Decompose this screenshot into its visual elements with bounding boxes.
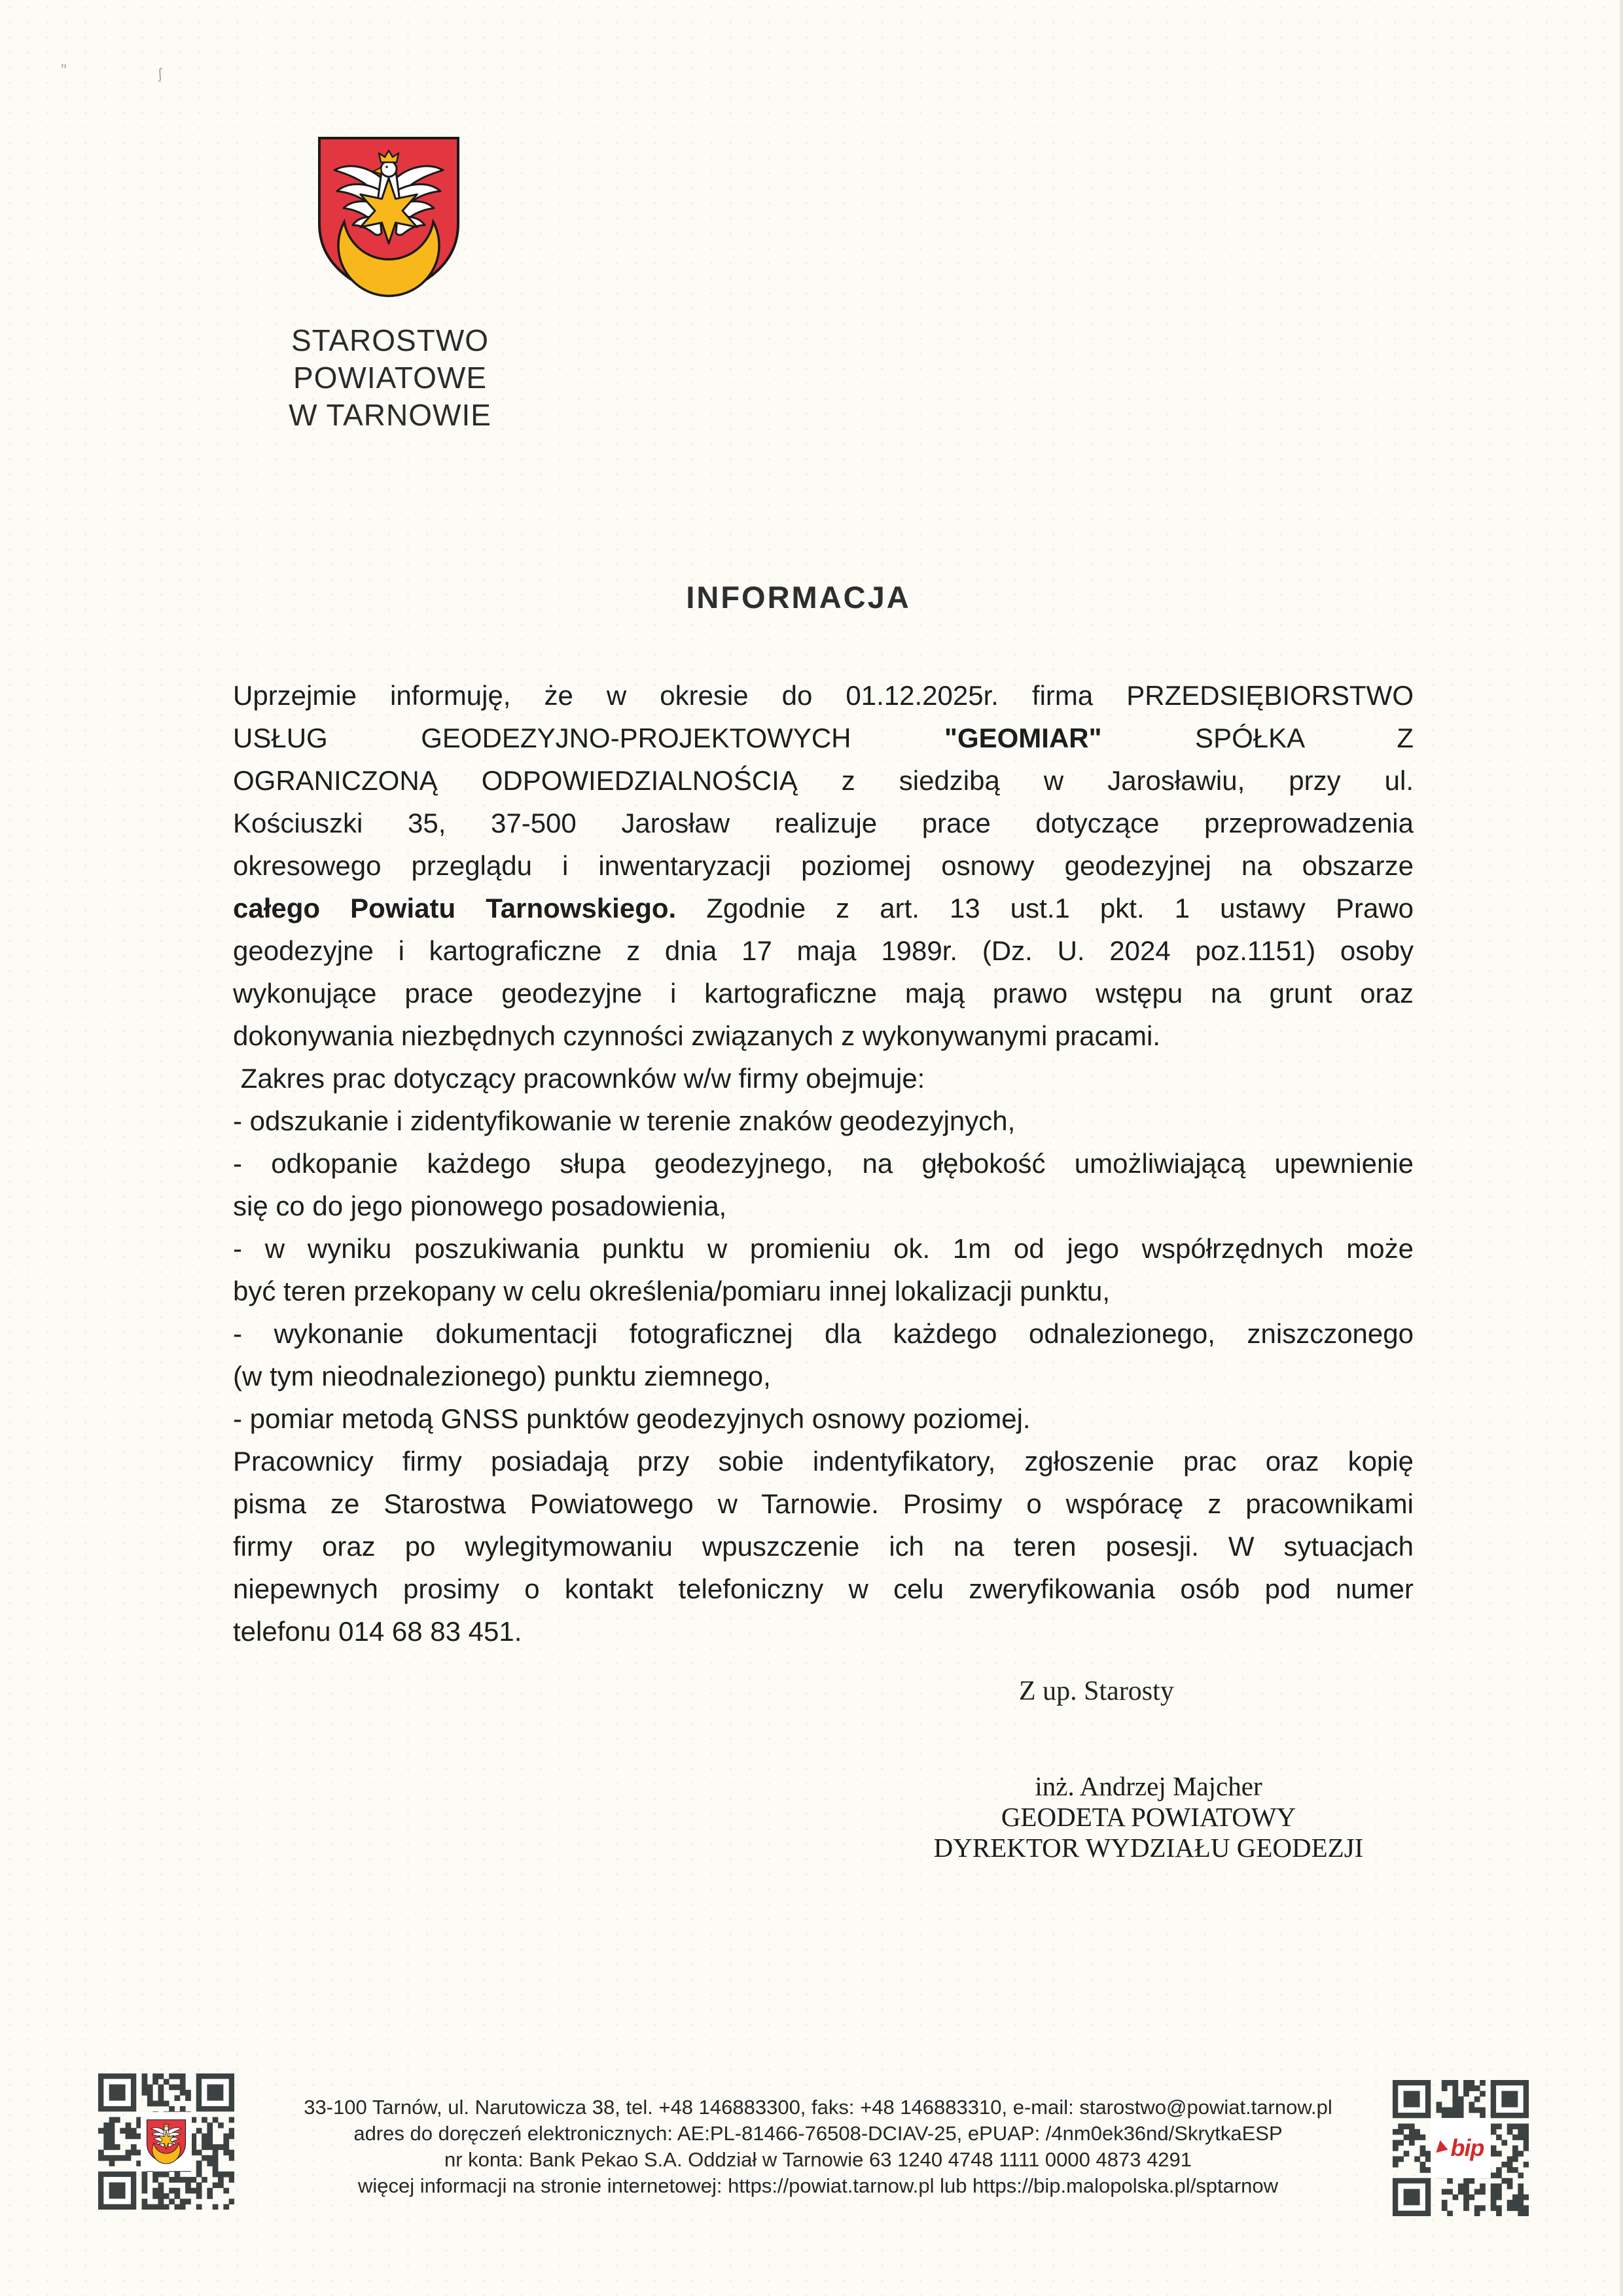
body-line: - w wyniku poszukiwania punktu w promien… <box>233 1227 1414 1270</box>
body-line: OGRANICZONĄ ODPOWIEDZIALNOŚCIĄ z siedzib… <box>233 759 1414 802</box>
body-line: okresowego przeglądu i inwentaryzacji po… <box>233 844 1414 887</box>
body-line: telefonu 014 68 83 451. <box>233 1610 1414 1653</box>
footer-line: adres do doręczeń elektronicznych: AE:PL… <box>249 2121 1387 2147</box>
body-line: niepewnych prosimy o kontakt telefoniczn… <box>233 1568 1414 1610</box>
bip-leaf-icon <box>1436 2140 1450 2156</box>
body-line: Pracownicy firmy posiadają przy sobie in… <box>233 1440 1414 1482</box>
body-line: pisma ze Starostwa Powiatowego w Tarnowi… <box>233 1482 1414 1525</box>
body-line: być teren przekopany w celu określenia/p… <box>233 1270 1414 1312</box>
body-line: - odkopanie każdego słupa geodezyjnego, … <box>233 1142 1414 1185</box>
qr-center-bip-logo: bip <box>1431 2118 1491 2178</box>
qr-code-right: bip <box>1393 2080 1529 2216</box>
body-line: wykonujące prace geodezyjne i kartografi… <box>233 972 1414 1014</box>
body-line: - wykonanie dokumentacji fotograficznej … <box>233 1312 1414 1355</box>
signer-role-2: DYREKTOR WYDZIAŁU GEODEZJI <box>870 1833 1427 1863</box>
scan-edge <box>1620 0 1623 2296</box>
org-name-line1: STAROSTWO POWIATOWE <box>194 322 586 397</box>
bip-logo-text: bip <box>1451 2134 1484 2162</box>
body-line: się co do jego pionowego posadowienia, <box>233 1185 1414 1227</box>
body-line: Uprzejmie informuję, że w okresie do 01.… <box>233 674 1414 717</box>
qr-code-left <box>98 2073 234 2210</box>
body-line: dokonywania niezbędnych czynności związa… <box>233 1014 1414 1057</box>
body-line: USŁUG GEODEZYJNO-PROJEKTOWYCH "GEOMIAR" … <box>233 717 1414 759</box>
signature-block: inż. Andrzej Majcher GEODETA POWIATOWY D… <box>870 1771 1427 1863</box>
body-line: całego Powiatu Tarnowskiego. Zgodnie z a… <box>233 887 1414 929</box>
body-line: (w tym nieodnalezionego) punktu ziemnego… <box>233 1355 1414 1397</box>
scanned-letter-page: { "artifacts": { "mark1": "”", "mark2": … <box>0 0 1623 2296</box>
footer-contact-block: 33-100 Tarnów, ul. Narutowicza 38, tel. … <box>249 2094 1387 2199</box>
scan-speck: ” <box>59 60 67 81</box>
scan-speck: ʃ <box>158 65 162 82</box>
letter-body: Uprzejmie informuję, że w okresie do 01.… <box>233 674 1414 1653</box>
org-name-line2: W TARNOWIE <box>194 397 586 434</box>
body-line: Zakres prac dotyczący pracownków w/w fir… <box>233 1057 1414 1100</box>
page-title: INFORMACJA <box>229 579 1368 615</box>
signer-name: inż. Andrzej Majcher <box>870 1771 1427 1802</box>
footer-line: nr konta: Bank Pekao S.A. Oddział w Tarn… <box>249 2147 1387 2173</box>
signer-role-1: GEODETA POWIATOWY <box>870 1802 1427 1833</box>
body-line: Kościuszki 35, 37-500 Jarosław realizuje… <box>233 802 1414 844</box>
body-line: firmy oraz po wylegitymowaniu wpuszczeni… <box>233 1525 1414 1568</box>
org-name: STAROSTWO POWIATOWE W TARNOWIE <box>194 322 586 434</box>
footer-line: 33-100 Tarnów, ul. Narutowicza 38, tel. … <box>249 2094 1387 2121</box>
footer-line: więcej informacji na stronie internetowe… <box>249 2173 1387 2199</box>
coat-of-arms-icon <box>313 134 464 299</box>
body-line: geodezyjne i kartograficzne z dnia 17 ma… <box>233 929 1414 972</box>
body-line: - pomiar metodą GNSS punktów geodezyjnyc… <box>233 1397 1414 1440</box>
qr-center-coat-of-arms-icon <box>141 2112 192 2171</box>
signoff-on-behalf: Z up. Starosty <box>1019 1676 1174 1707</box>
body-line: - odszukanie i zidentyfikowanie w tereni… <box>233 1100 1414 1142</box>
